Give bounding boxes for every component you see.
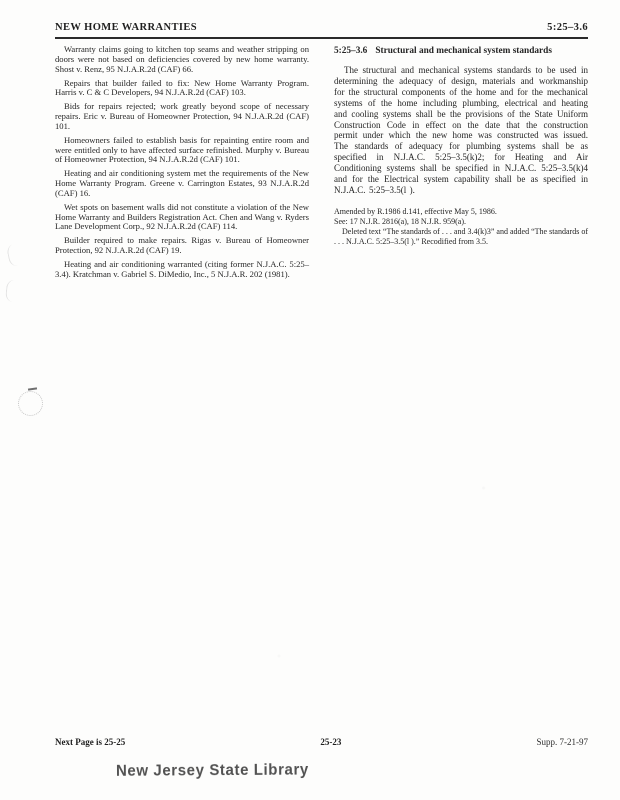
annotation-paragraph: Bids for repairs rejected; work greatly … bbox=[55, 102, 309, 132]
note-line: Amended by R.1986 d.141, effective May 5… bbox=[334, 207, 588, 217]
right-column-statute: 5:25–3.6 Structural and mechanical syste… bbox=[334, 45, 588, 283]
page-number: 25-23 bbox=[320, 737, 341, 747]
header-section-number: 5:25–3.6 bbox=[547, 22, 588, 33]
section-number: 5:25–3.6 bbox=[334, 46, 367, 57]
amendment-notes: Amended by R.1986 d.141, effective May 5… bbox=[334, 207, 588, 247]
annotation-paragraph: Warranty claims going to kitchen top sea… bbox=[55, 45, 309, 75]
library-stamp: New Jersey State Library bbox=[116, 761, 309, 780]
two-column-body: Warranty claims going to kitchen top sea… bbox=[55, 45, 588, 283]
supplement-date: Supp. 7-21-97 bbox=[536, 737, 588, 747]
scan-margin-mark bbox=[5, 279, 22, 302]
statute-body-text: The structural and mechanical systems st… bbox=[334, 65, 588, 196]
header-title: NEW HOME WARRANTIES bbox=[55, 22, 197, 33]
header-rule-scan-breaks bbox=[235, 39, 588, 41]
annotation-paragraph: Homeowners failed to establish basis for… bbox=[55, 136, 309, 166]
annotation-paragraph: Heating and air conditioning system met … bbox=[55, 169, 309, 199]
annotation-paragraph: Repairs that builder failed to fix: New … bbox=[55, 79, 309, 99]
section-title: Structural and mechanical system standar… bbox=[375, 46, 552, 57]
annotation-paragraph: Builder required to make repairs. Rigas … bbox=[55, 236, 309, 256]
page-header: NEW HOME WARRANTIES 5:25–3.6 bbox=[55, 22, 588, 39]
scan-dash-artifact bbox=[28, 387, 37, 390]
section-heading: 5:25–3.6 Structural and mechanical syste… bbox=[334, 46, 588, 57]
hole-punch-artifact bbox=[18, 391, 43, 416]
annotation-paragraph: Wet spots on basement walls did not cons… bbox=[55, 203, 309, 233]
left-column-annotations: Warranty claims going to kitchen top sea… bbox=[55, 45, 309, 283]
page-footer: Next Page is 25-25 25-23 Supp. 7-21-97 bbox=[55, 737, 588, 747]
note-line: Deleted text “The standards of . . . and… bbox=[334, 227, 588, 247]
next-page-label: Next Page is 25-25 bbox=[55, 737, 125, 747]
scanned-document-page: NEW HOME WARRANTIES 5:25–3.6 Warranty cl… bbox=[0, 0, 620, 800]
annotation-paragraph: Heating and air conditioning warranted (… bbox=[55, 260, 309, 280]
scan-margin-mark bbox=[6, 243, 25, 268]
note-line: See: 17 N.J.R. 2816(a), 18 N.J.R. 959(a)… bbox=[334, 217, 588, 227]
